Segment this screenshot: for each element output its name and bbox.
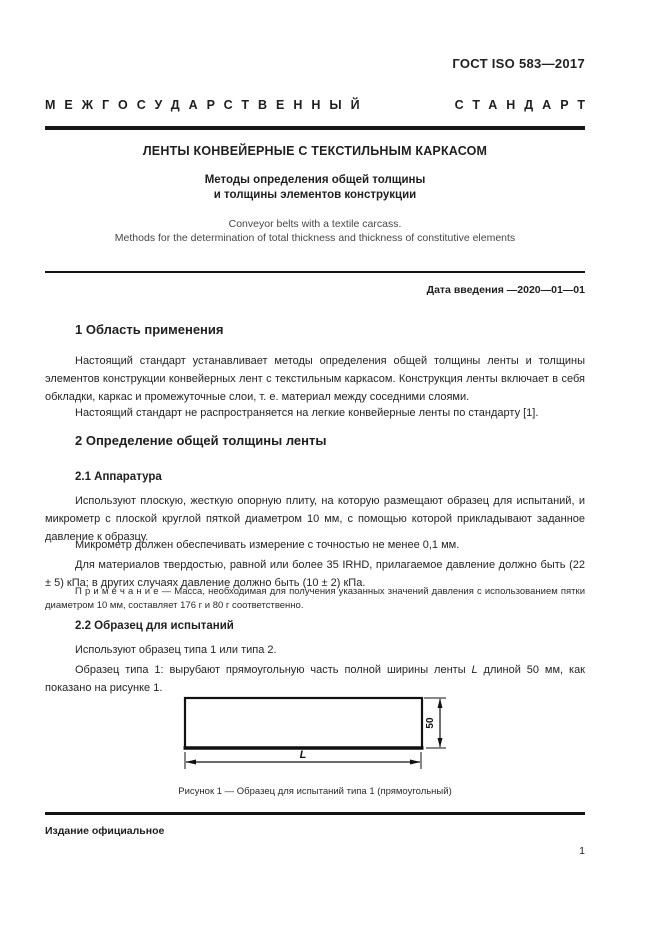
title-en-line-1: Conveyor belts with a textile carcass. (45, 218, 585, 232)
footer-rule (45, 812, 585, 815)
height-dimension-label: 50 (425, 717, 436, 729)
page-number: 1 (45, 845, 585, 857)
section-2-2-paragraph-1: Используют образец типа 1 или типа 2. (45, 641, 585, 659)
date-rule (45, 271, 585, 273)
edition-note: Издание официальное (45, 825, 585, 837)
standard-type-heading: МЕЖГОСУДАРСТВЕННЫЙ СТАНДАРТ (45, 98, 585, 112)
height-arrow-down (438, 738, 443, 748)
standard-type-word-2: СТАНДАРТ (455, 98, 594, 112)
section-1-paragraph-1: Настоящий стандарт устанавливает методы … (45, 352, 585, 406)
section-2-heading: 2 Определение общей толщины ленты (45, 433, 585, 448)
document-page: ГОСТ ISO 583—2017 МЕЖГОСУДАРСТВЕННЫЙ СТА… (0, 0, 661, 935)
document-title-ru: ЛЕНТЫ КОНВЕЙЕРНЫЕ С ТЕКСТИЛЬНЫМ КАРКАСОМ (45, 144, 585, 158)
section-2-2-paragraph-2: Образец типа 1: вырубают прямоугольную ч… (45, 661, 585, 697)
length-arrow-left (186, 760, 197, 765)
height-arrow-up (438, 699, 443, 709)
section-2-1-heading: 2.1 Аппаратура (45, 471, 585, 483)
title-en-line-2: Methods for the determination of total t… (45, 232, 585, 246)
paragraph-text-before: Образец типа 1: вырубают прямоугольную ч… (75, 664, 472, 676)
document-title-en: Conveyor belts with a textile carcass. M… (45, 218, 585, 245)
section-1-heading: 1 Область применения (45, 322, 585, 337)
header-rule (45, 126, 585, 130)
section-1-paragraph-2: Настоящий стандарт не распространяется н… (45, 404, 585, 422)
doc-code: ГОСТ ISO 583—2017 (45, 56, 585, 71)
subtitle-line-1: Методы определения общей толщины (45, 173, 585, 188)
section-2-2-heading: 2.2 Образец для испытаний (45, 620, 585, 632)
effective-date: Дата введения —2020—01—01 (45, 284, 585, 296)
section-2-1-note: П р и м е ч а н и е — Масса, необходимая… (45, 585, 585, 612)
specimen-diagram: 50 L (180, 694, 480, 779)
document-subtitle-ru: Методы определения общей толщины и толщи… (45, 173, 585, 203)
figure-1-caption: Рисунок 1 — Образец для испытаний типа 1… (45, 786, 585, 797)
figure-1-drawing: 50 L (180, 694, 480, 779)
section-2-1-paragraph-2: Микрометр должен обеспечивать измерение … (45, 536, 585, 554)
length-dimension-label: L (300, 749, 307, 761)
subtitle-line-2: и толщины элементов конструкции (45, 188, 585, 203)
length-arrow-right (410, 760, 421, 765)
specimen-rectangle (185, 698, 422, 748)
standard-type-word-1: МЕЖГОСУДАРСТВЕННЫЙ (45, 98, 369, 112)
